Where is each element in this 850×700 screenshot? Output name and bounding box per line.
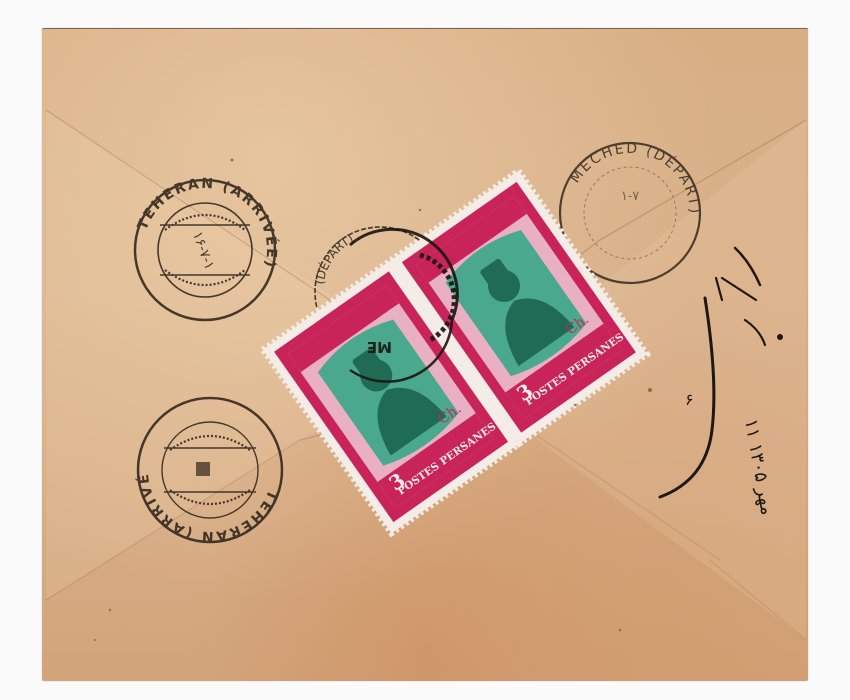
svg-text:ME: ME [367,338,392,356]
envelope-details: TEHERAN (ARRIVÉE) ۱۶-۷-۱ MECHED (DÉPART)… [0,0,850,700]
svg-text:MECHED (DÉPART): MECHED (DÉPART) [567,141,702,216]
envelope-photo: TEHERAN (ARRIVÉE) ۱۶-۷-۱ MECHED (DÉPART)… [0,0,850,700]
svg-text:۱-۷: ۱-۷ [621,189,639,204]
stamp-pair: 3 Ch. POSTES PERSANES 3 Ch. POSTES PERSA… [263,171,647,533]
svg-text:۶: ۶ [685,390,694,409]
svg-text:(DÉPART): (DÉPART) [313,231,356,285]
